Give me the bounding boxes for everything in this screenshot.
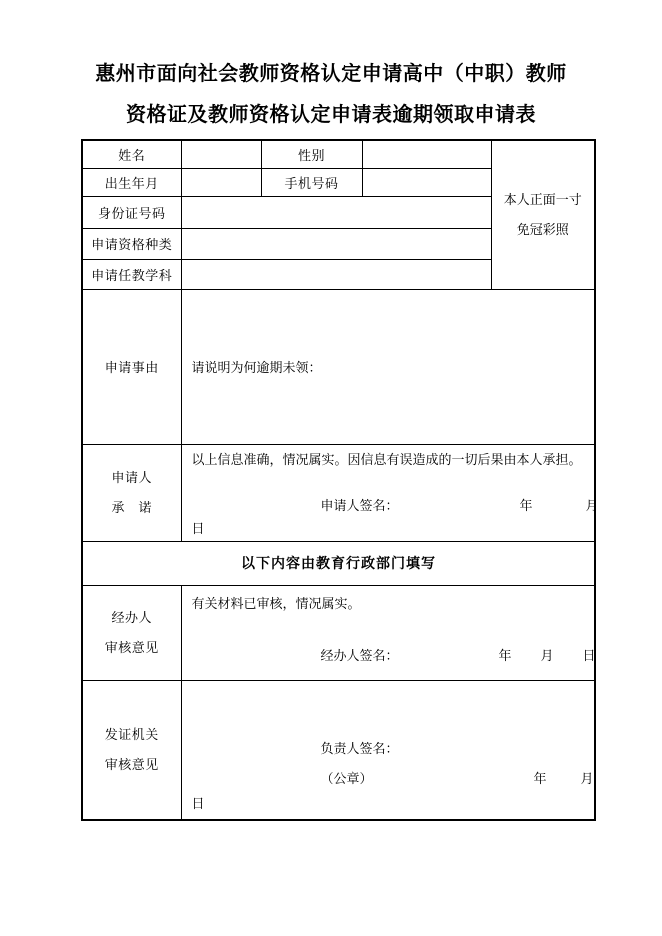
issuer-label-line1: 发证机关 <box>83 720 181 750</box>
promise-content-cell: 以上信息准确，情况属实。因信息有误造成的一切后果由本人承担。 申请人签名： 年 … <box>181 444 595 541</box>
handler-label: 经办人 审核意见 <box>82 585 181 680</box>
promise-day-label: 日 <box>192 521 205 537</box>
handler-day-label: 日 <box>583 648 596 664</box>
name-value-cell[interactable] <box>181 140 261 168</box>
table-row: 姓名 性别 本人正面一寸 免冠彩照 <box>82 140 595 168</box>
page-title-line1: 惠州市面向社会教师资格认定申请高中（中职）教师 <box>0 54 662 95</box>
phone-value-cell[interactable] <box>362 168 491 196</box>
name-label: 姓名 <box>82 140 181 168</box>
reason-prompt: 请说明为何逾期未领： <box>182 350 595 383</box>
photo-placeholder: 本人正面一寸 免冠彩照 <box>491 140 595 289</box>
table-row: 发证机关 审核意见 负责人签名： （公章） 年 月 日 <box>82 680 595 820</box>
photo-note-line1: 本人正面一寸 <box>492 185 595 215</box>
issuer-year-label: 年 <box>534 771 547 787</box>
issuer-day-label: 日 <box>192 796 205 812</box>
table-row: 经办人 审核意见 有关材料已审核，情况属实。 经办人签名： 年 月 日 <box>82 585 595 680</box>
applicant-signature-label: 申请人签名： <box>321 498 399 514</box>
issuer-month-label: 月 <box>581 771 594 787</box>
section-header: 以下内容由教育行政部门填写 <box>82 541 595 585</box>
promise-month-label: 月 <box>586 498 599 514</box>
reason-fill-area[interactable]: 请说明为何逾期未领： <box>181 289 595 444</box>
birthdate-label: 出生年月 <box>82 168 181 196</box>
gender-label: 性别 <box>261 140 362 168</box>
handler-content-cell: 有关材料已审核，情况属实。 经办人签名： 年 月 日 <box>181 585 595 680</box>
page-title-line2: 资格证及教师资格认定申请表逾期领取申请表 <box>0 95 662 136</box>
reason-label: 申请事由 <box>82 289 181 444</box>
table-row: 申请事由 请说明为何逾期未领： <box>82 289 595 444</box>
qualification-type-value-cell[interactable] <box>181 228 491 259</box>
issuer-signature-label: 负责人签名： <box>321 741 399 757</box>
handler-month-label: 月 <box>541 648 554 664</box>
promise-label-line2: 承 诺 <box>83 493 181 523</box>
id-number-label: 身份证号码 <box>82 196 181 228</box>
issuer-label: 发证机关 审核意见 <box>82 680 181 820</box>
promise-statement: 以上信息准确，情况属实。因信息有误造成的一切后果由本人承担。 <box>192 452 582 468</box>
table-row: 申请人 承 诺 以上信息准确，情况属实。因信息有误造成的一切后果由本人承担。 申… <box>82 444 595 541</box>
issuer-label-line2: 审核意见 <box>83 750 181 780</box>
promise-label-line1: 申请人 <box>83 463 181 493</box>
official-seal-label: （公章） <box>321 771 373 787</box>
document-page: { "title": { "line1": "惠州市面向社会教师资格认定申请高中… <box>0 0 662 936</box>
teaching-subject-value-cell[interactable] <box>181 259 491 289</box>
handler-year-label: 年 <box>499 648 512 664</box>
qualification-type-label: 申请资格种类 <box>82 228 181 259</box>
table-row: 以下内容由教育行政部门填写 <box>82 541 595 585</box>
handler-label-line1: 经办人 <box>83 603 181 633</box>
issuer-content-cell: 负责人签名： （公章） 年 月 日 <box>181 680 595 820</box>
handler-statement: 有关材料已审核，情况属实。 <box>192 596 361 612</box>
gender-value-cell[interactable] <box>362 140 491 168</box>
application-form-table: 姓名 性别 本人正面一寸 免冠彩照 出生年月 手机号码 身份证号码 申请资格种类… <box>81 139 596 821</box>
page-title: 惠州市面向社会教师资格认定申请高中（中职）教师 资格证及教师资格认定申请表逾期领… <box>0 54 662 136</box>
handler-label-line2: 审核意见 <box>83 633 181 663</box>
birthdate-value-cell[interactable] <box>181 168 261 196</box>
promise-label: 申请人 承 诺 <box>82 444 181 541</box>
handler-signature-label: 经办人签名： <box>321 648 399 664</box>
photo-note-line2: 免冠彩照 <box>492 215 595 245</box>
teaching-subject-label: 申请任教学科 <box>82 259 181 289</box>
phone-label: 手机号码 <box>261 168 362 196</box>
promise-year-label: 年 <box>520 498 533 514</box>
id-number-value-cell[interactable] <box>181 196 491 228</box>
